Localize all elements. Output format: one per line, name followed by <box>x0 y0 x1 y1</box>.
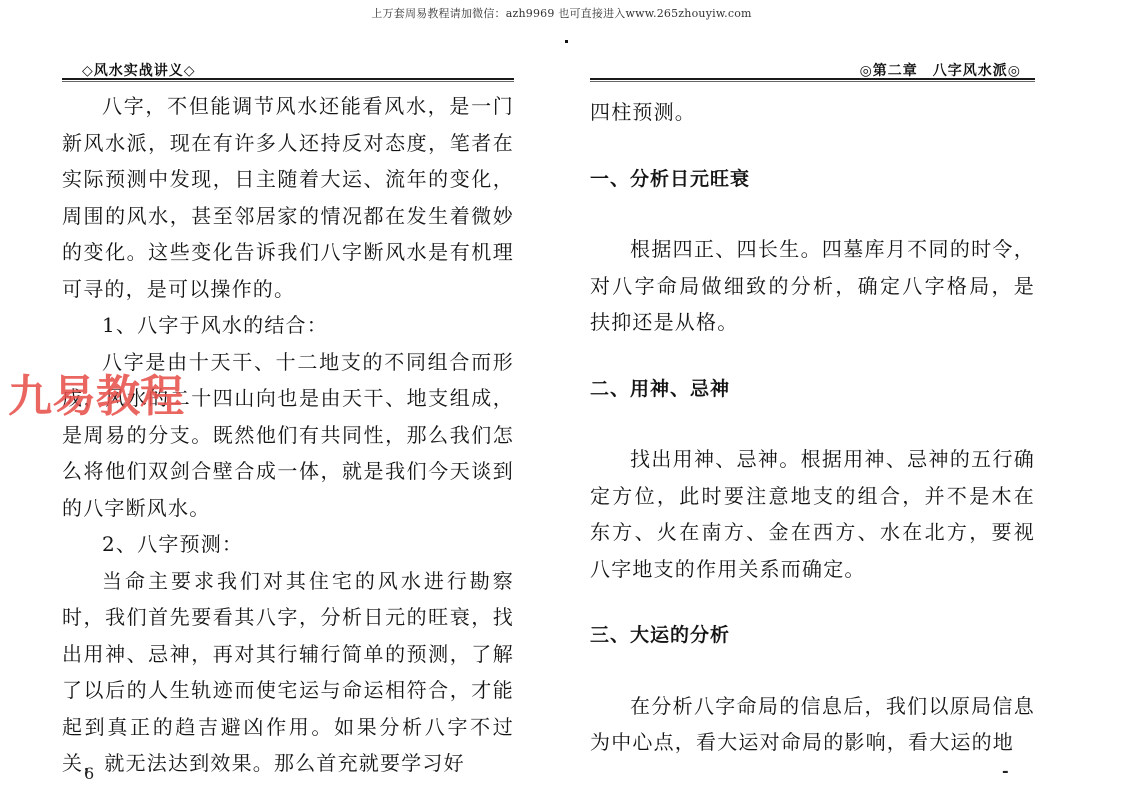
header-rule <box>62 78 514 80</box>
spacer <box>590 197 1035 231</box>
left-running-head: ◇风水实战讲义◇ <box>62 58 514 82</box>
intro-line: 四柱预测。 <box>590 94 1035 131</box>
left-page-number: 6 <box>84 764 94 783</box>
spacer <box>590 341 1035 371</box>
header-rule <box>590 78 1035 80</box>
left-page: ◇风水实战讲义◇ 八字，不但能调节风水还能看风水，是一门新风水派，现在有许多人还… <box>62 58 514 793</box>
subheading-paragraph: 2、八字预测： <box>62 526 514 563</box>
left-running-head-title: ◇风水实战讲义◇ <box>82 60 196 80</box>
spacer <box>590 654 1035 688</box>
right-page-number: - <box>1002 761 1009 780</box>
paragraph: 当命主要求我们对其住宅的风水进行勘察时，我们首先要看其八字，分析日元的旺衰，找出… <box>62 563 514 782</box>
section-heading: 一、分析日元旺衰 <box>590 161 1035 198</box>
right-page: ◎第二章 八字风水派◎ 四柱预测。 一、分析日元旺衰 根据四正、四长生。四墓库月… <box>590 58 1035 793</box>
section-body: 找出用神、忌神。根据用神、忌神的五行确定方位，此时要注意地支的组合，并不是木在东… <box>590 441 1035 587</box>
section-heading: 二、用神、忌神 <box>590 371 1035 408</box>
header-rule-thin <box>62 81 514 82</box>
spacer <box>590 407 1035 441</box>
watermark-logo: 九易教程 <box>8 372 184 422</box>
right-running-head-title: ◎第二章 八字风水派◎ <box>860 60 1021 80</box>
spacer <box>590 587 1035 617</box>
header-rule-thin <box>590 81 1035 82</box>
paragraph: 八字，不但能调节风水还能看风水，是一门新风水派，现在有许多人还持反对态度，笔者在… <box>62 88 514 307</box>
spacer <box>590 131 1035 161</box>
left-body: 八字，不但能调节风水还能看风水，是一门新风水派，现在有许多人还持反对态度，笔者在… <box>62 88 514 782</box>
right-body: 四柱预测。 一、分析日元旺衰 根据四正、四长生。四墓库月不同的时令，对八字命局做… <box>590 94 1035 761</box>
section-body: 根据四正、四长生。四墓库月不同的时令，对八字命局做细致的分析，确定八字格局，是扶… <box>590 231 1035 341</box>
top-banner-watermark: 上万套周易教程请加微信：azh9969 也可直接进入www.265zhouyiw… <box>0 5 1123 21</box>
right-running-head: ◎第二章 八字风水派◎ <box>590 58 1035 82</box>
subheading-paragraph: 1、八字于风水的结合： <box>62 307 514 344</box>
scan-speck <box>565 40 568 43</box>
section-body: 在分析八字命局的信息后，我们以原局信息为中心点，看大运对命局的影响，看大运的地 <box>590 688 1035 761</box>
section-heading: 三、大运的分析 <box>590 617 1035 654</box>
